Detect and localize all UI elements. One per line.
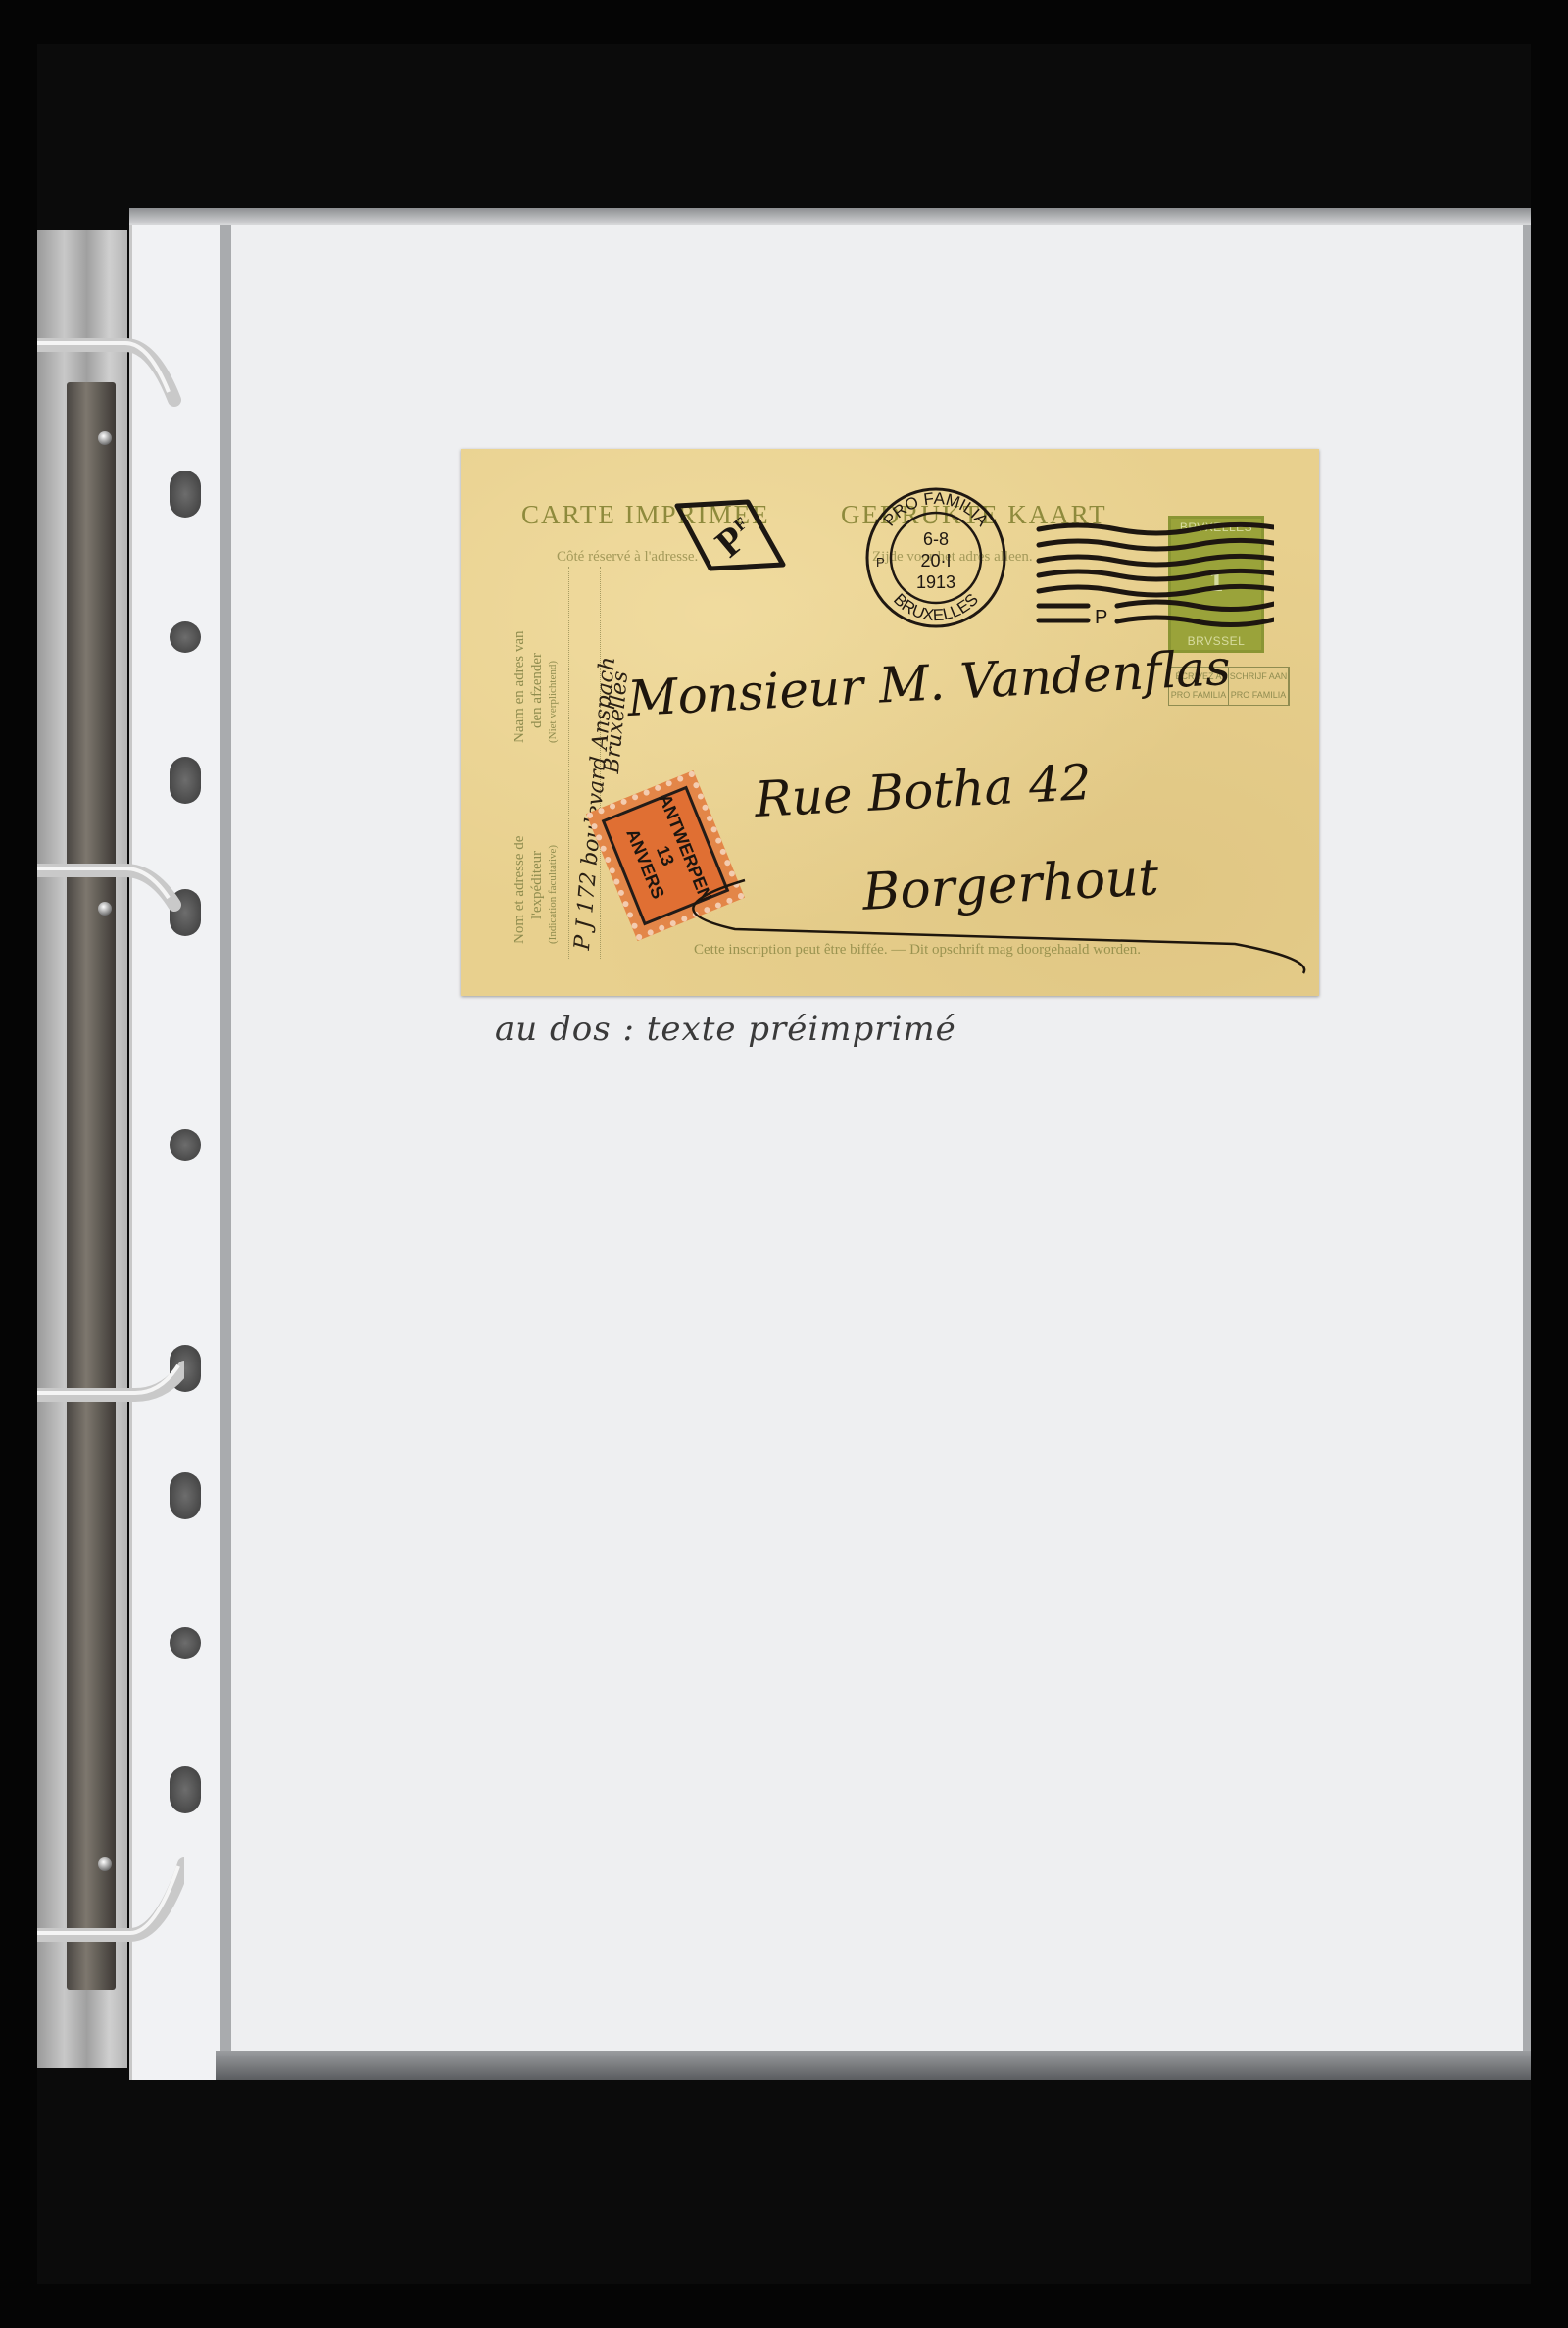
machine-wavy-cancel: P: [1034, 521, 1274, 629]
address-underline-flourish: [627, 851, 1313, 978]
sender-label-nl-2: den afzender: [529, 653, 546, 728]
punch-hole: [170, 621, 201, 653]
strike-note: Cette inscription peut être biffée. — Di…: [694, 942, 1141, 959]
address-line-2: Rue Botha 42: [754, 754, 1093, 828]
svg-text:PRO FAMILIA: PRO FAMILIA: [880, 489, 993, 530]
binder-ring-lower: [37, 1348, 184, 1407]
pencil-note: au dos : texte préimprimé: [495, 1010, 956, 1049]
svg-text:20·I: 20·I: [920, 551, 951, 570]
sender-label-fr-1: Nom et adresse de: [512, 836, 528, 944]
postcard: CARTE IMPRIMÉE GEDRUKTE KAART Côté réser…: [461, 449, 1319, 996]
punch-hole: [170, 1472, 201, 1519]
punch-hole: [170, 471, 201, 518]
binder-ring-middle: [37, 851, 184, 919]
sleeve-binding-strip: [129, 208, 224, 2080]
svg-text:P: P: [1095, 607, 1107, 628]
punch-hole: [170, 1627, 201, 1659]
pro-familia-postmark: PRO FAMILIA BRUXELLES 6-8 20·I 1913 P: [862, 484, 1009, 631]
punch-hole: [170, 1766, 201, 1813]
pro-familia-box-text: SCHRIJF AAN: [1229, 668, 1289, 686]
sender-dotted-line: [568, 567, 569, 959]
svg-text:P: P: [876, 555, 885, 570]
svg-text:1913: 1913: [916, 572, 955, 592]
binder-ring-bottom: [37, 1855, 184, 1962]
sleeve-top-edge: [129, 208, 1531, 225]
sender-label-fr-3: (Indication facultative): [547, 845, 559, 944]
address-line-1: Monsieur M. Vandenflas: [626, 639, 1232, 727]
svg-text:6-8: 6-8: [923, 529, 949, 549]
punch-hole: [170, 757, 201, 804]
sender-label-nl-1: Naam en adres van: [512, 630, 528, 743]
punch-hole: [170, 1129, 201, 1161]
sender-label-nl-3: (Niet verplichtend): [547, 661, 559, 743]
pro-familia-box-text: PRO FAMILIA: [1229, 686, 1289, 705]
rivet: [98, 431, 112, 445]
sleeve-bottom-edge: [216, 2051, 1531, 2080]
binder-ring-top: [37, 323, 184, 421]
registered-pf-mark: P F: [671, 496, 789, 574]
sender-label-fr-2: l'expéditeur: [529, 851, 546, 919]
binder-rail: [67, 382, 116, 1990]
